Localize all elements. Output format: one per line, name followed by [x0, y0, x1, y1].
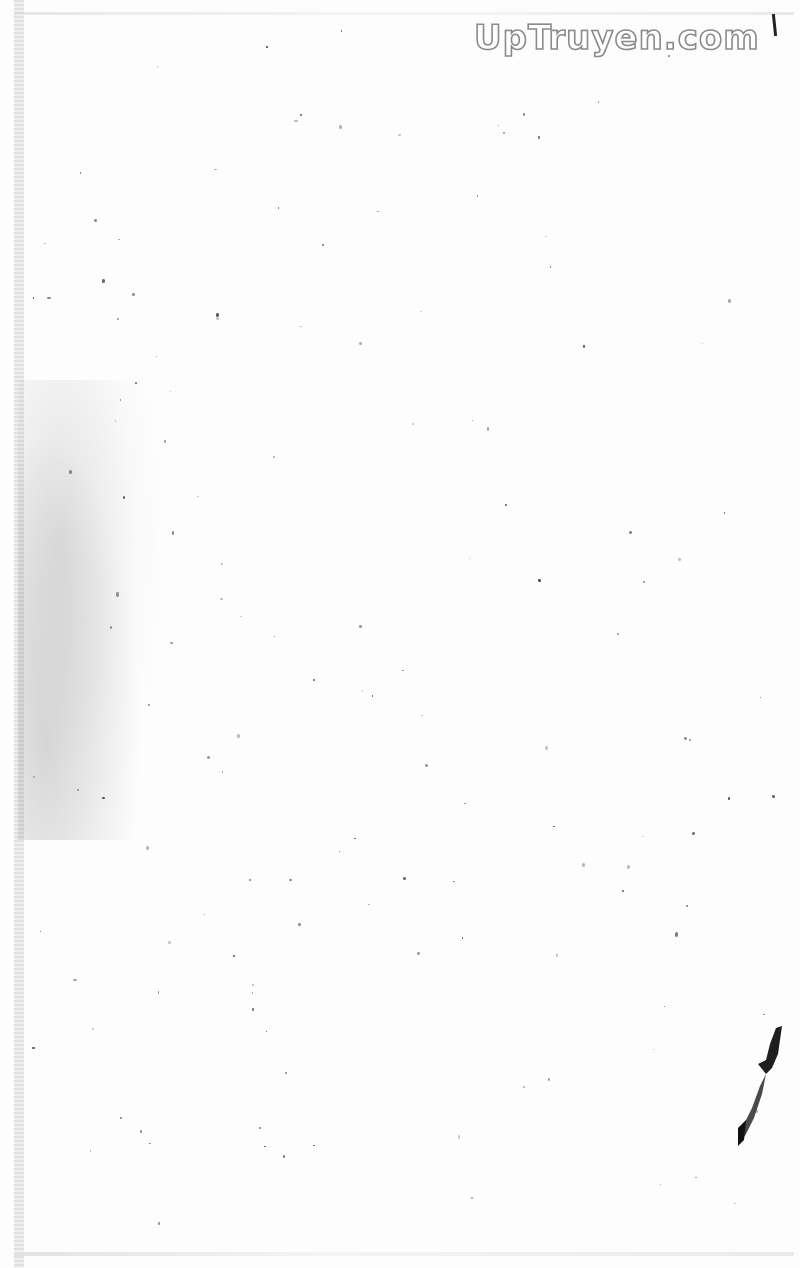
page-top-edge — [14, 12, 794, 15]
ink-stroke-mark — [736, 1024, 786, 1148]
watermark-text: UpTruyen.com — [474, 18, 760, 58]
scanned-page: UpTruyen.com — [0, 0, 800, 1268]
page-bottom-edge — [14, 1252, 794, 1256]
paper-smudge — [18, 380, 158, 840]
ink-tick-mark — [772, 14, 777, 36]
